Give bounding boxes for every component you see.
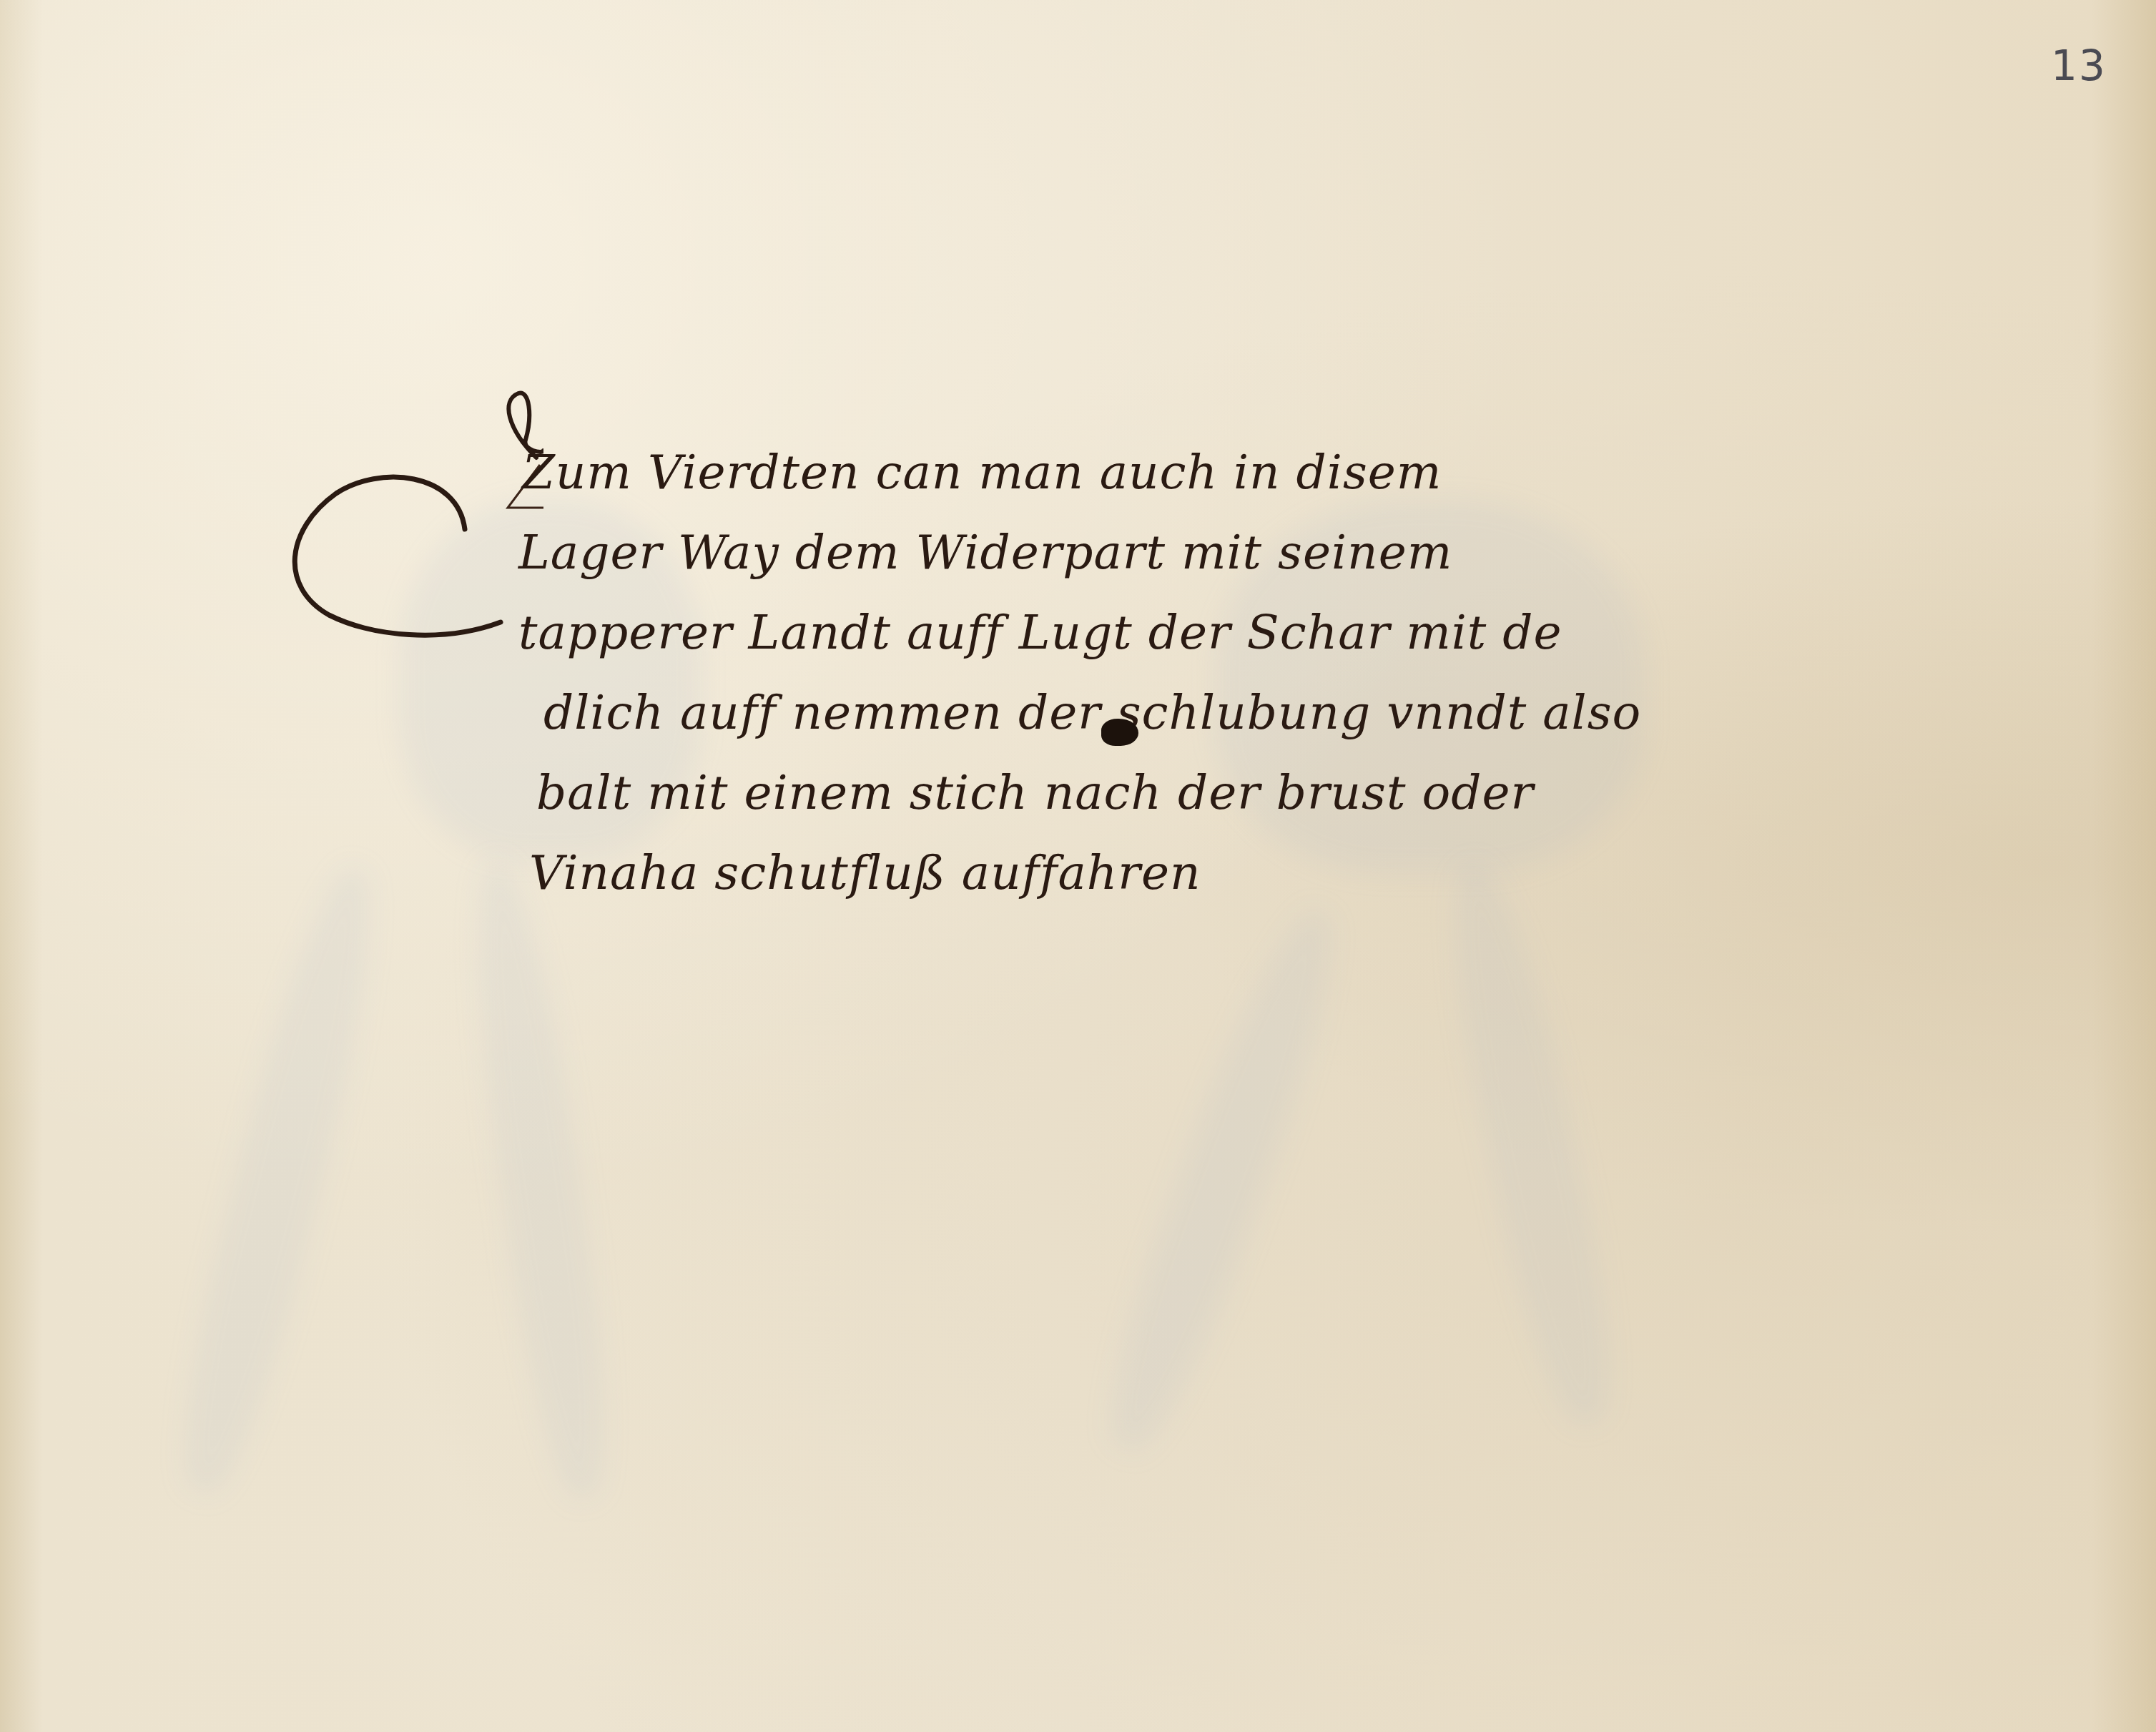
manuscript-text: Zum Vierdten can man auch in disem Lager… xyxy=(515,433,1909,913)
bleed-through-leg xyxy=(456,856,624,1505)
manuscript-page: 13 Zum Vierdten can man auch in disem La… xyxy=(0,0,2156,1732)
bleed-through-leg xyxy=(159,857,398,1502)
text-line-5: balt mit einem stich nach der brust oder xyxy=(536,753,1909,833)
decorated-initial-flourish-icon xyxy=(272,386,543,658)
text-line-6: Vinaha schutfluß auffahren xyxy=(529,833,1909,913)
folio-number: 13 xyxy=(2051,41,2107,90)
bleed-through-leg xyxy=(1085,897,1361,1464)
bleed-through-leg xyxy=(1429,855,1632,1432)
text-line-2: Lager Way dem Widerpart mit seinem xyxy=(518,513,1909,593)
text-line-3: tapperer Landt auff Lugt der Schar mit d… xyxy=(518,593,1909,673)
text-line-1: Zum Vierdten can man auch in disem xyxy=(522,433,1909,513)
ink-blot xyxy=(1101,719,1138,746)
text-line-4: dlich auff nemmen der schlubung vnndt al… xyxy=(543,673,1909,753)
